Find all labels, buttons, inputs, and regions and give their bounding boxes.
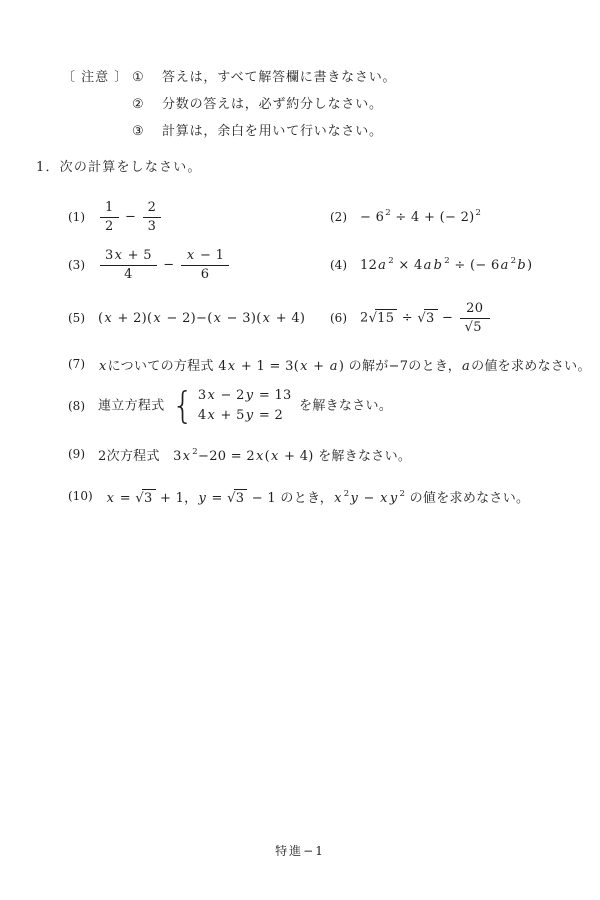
problem-formula: 2次方程式 3x2−20 = 2x(x + 4) を解きなさい。 [98,445,411,464]
problem-formula: (x + 2)(x − 2)−(x − 3)(x + 4) [98,311,305,326]
problem-number: (3) [68,258,85,272]
problem-number: (7) [68,357,85,371]
notice-item-marker: ① [132,64,162,91]
problem-5: (5) (x + 2)(x − 2)−(x − 3)(x + 4) [0,311,330,326]
problem-formula: 3x + 54 − x − 16 [98,248,231,282]
notice-item-marker: ② [132,91,162,118]
problem-number: (10) [68,489,93,503]
problem-number: (5) [68,311,85,325]
notice-bracket-label: 〔 注意 〕 [62,64,132,91]
notice-row: ② 分数の答えは，必ず約分しなさい。 [62,91,396,118]
problem-1: (1) 12 − 23 [0,200,330,234]
notice-row: ③ 計算は，余白を用いて行いなさい。 [62,118,396,145]
problem-formula: xについての方程式 4x + 1 = 3(x + a) の解が−7のとき，aの値… [98,355,591,374]
problem-number: (8) [68,399,85,413]
problem-6: (6) 2√15 ÷ √3 − 20√5 [330,301,600,335]
problems-list: (1) 12 − 23 (2) − 62 ÷ 4 + (− 2)2 (3) 3x… [0,194,600,508]
problem-number: (9) [68,447,85,461]
problem-10: (10) x = √3 + 1，y = √3 − 1 のとき，x2y − xy2… [0,484,600,508]
page-footer: 特進−1 [0,842,600,859]
problem-number: (4) [330,258,347,272]
problem-formula: 12 − 23 [98,200,163,234]
exam-page: 〔 注意 〕 ① 答えは，すべて解答欄に書きなさい。 ② 分数の答えは，必ず約分… [0,0,600,900]
problem-formula: 12a2 × 4ab2 ÷ (− 6a2b) [360,258,532,273]
notice-block: 〔 注意 〕 ① 答えは，すべて解答欄に書きなさい。 ② 分数の答えは，必ず約分… [62,64,396,145]
problem-3: (3) 3x + 54 − x − 16 [0,248,330,282]
problem-number: (2) [330,210,347,224]
problem-4: (4) 12a2 × 4ab2 ÷ (− 6a2b) [330,258,600,273]
problem-9: (9) 2次方程式 3x2−20 = 2x(x + 4) を解きなさい。 [0,442,600,466]
notice-item-text: 分数の答えは，必ず約分しなさい。 [162,91,383,118]
notice-item-marker: ③ [132,118,162,145]
problem-number: (1) [68,210,85,224]
problem-7: (7) xについての方程式 4x + 1 = 3(x + a) の解が−7のとき… [0,352,600,376]
problem-2: (2) − 62 ÷ 4 + (− 2)2 [330,210,600,225]
notice-row: 〔 注意 〕 ① 答えは，すべて解答欄に書きなさい。 [62,64,396,91]
problem-row: (5) (x + 2)(x − 2)−(x − 3)(x + 4) (6) 2√… [0,290,600,346]
problem-formula: x = √3 + 1，y = √3 − 1 のとき，x2y − xy2 の値を求… [106,487,530,506]
notice-item-text: 計算は，余白を用いて行いなさい。 [162,118,383,145]
problem-row: (3) 3x + 54 − x − 16 (4) 12a2 × 4ab2 ÷ (… [0,240,600,290]
problem-formula: 2√15 ÷ √3 − 20√5 [360,301,492,335]
problem-formula: − 62 ÷ 4 + (− 2)2 [360,210,481,225]
problem-row: (1) 12 − 23 (2) − 62 ÷ 4 + (− 2)2 [0,194,600,240]
notice-item-text: 答えは，すべて解答欄に書きなさい。 [162,64,396,91]
problem-number: (6) [330,311,347,325]
page-number-label: 特進−1 [275,844,325,858]
section-heading: 1．次の計算をしなさい。 [36,156,202,175]
problem-formula: 連立方程式 {3x − 2y = 134x + 5y = 2 を解きなさい。 [98,386,392,426]
problem-8: (8) 連立方程式 {3x − 2y = 134x + 5y = 2 を解きなさ… [0,384,600,428]
